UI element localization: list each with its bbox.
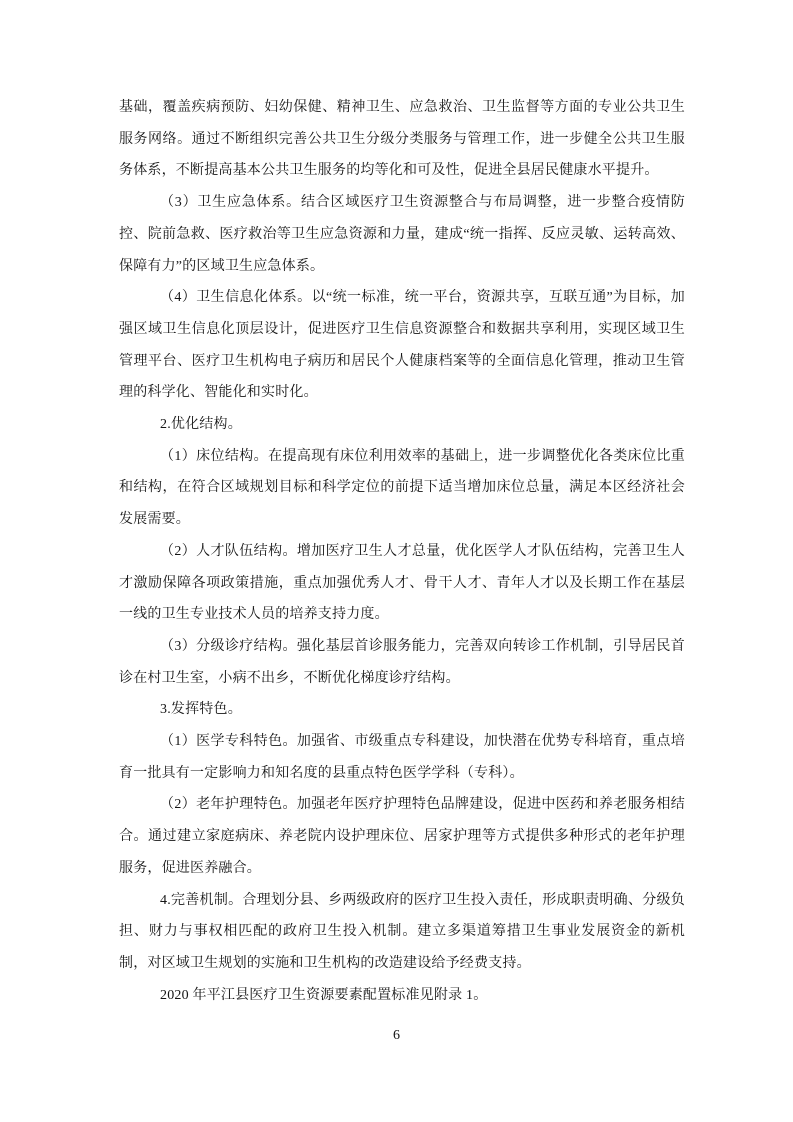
paragraph: （2）老年护理特色。加强老年医疗护理特色品牌建设，促进中医药和养老服务相结合。通…: [119, 789, 685, 884]
paragraph: 2.优化结构。: [119, 409, 685, 441]
paragraph: 4.完善机制。合理划分县、乡两级政府的医疗卫生投入责任，形成职责明确、分级负担、…: [119, 885, 685, 980]
document-body: 基础，覆盖疾病预防、妇幼保健、精神卫生、应急救治、卫生监督等方面的专业公共卫生服…: [119, 92, 685, 1011]
page-number: 6: [0, 1026, 793, 1046]
paragraph: （4）卫生信息化体系。以“统一标准，统一平台，资源共享，互联互通”为目标，加强区…: [119, 282, 685, 409]
paragraph: （1）医学专科特色。加强省、市级重点专科建设，加快潜在优势专科培育，重点培育一批…: [119, 726, 685, 789]
document-page: 基础，覆盖疾病预防、妇幼保健、精神卫生、应急救治、卫生监督等方面的专业公共卫生服…: [0, 0, 793, 1122]
paragraph: 2020 年平江县医疗卫生资源要素配置标准见附录 1。: [119, 980, 685, 1012]
paragraph: （3）分级诊疗结构。强化基层首诊服务能力，完善双向转诊工作机制，引导居民首诊在村…: [119, 631, 685, 694]
paragraph: 基础，覆盖疾病预防、妇幼保健、精神卫生、应急救治、卫生监督等方面的专业公共卫生服…: [119, 92, 685, 187]
paragraph: （2）人才队伍结构。增加医疗卫生人才总量，优化医学人才队伍结构，完善卫生人才激励…: [119, 536, 685, 631]
paragraph: （3）卫生应急体系。结合区域医疗卫生资源整合与布局调整，进一步整合疫情防控、院前…: [119, 187, 685, 282]
paragraph: （1）床位结构。在提高现有床位利用效率的基础上，进一步调整优化各类床位比重和结构…: [119, 441, 685, 536]
paragraph: 3.发挥特色。: [119, 694, 685, 726]
